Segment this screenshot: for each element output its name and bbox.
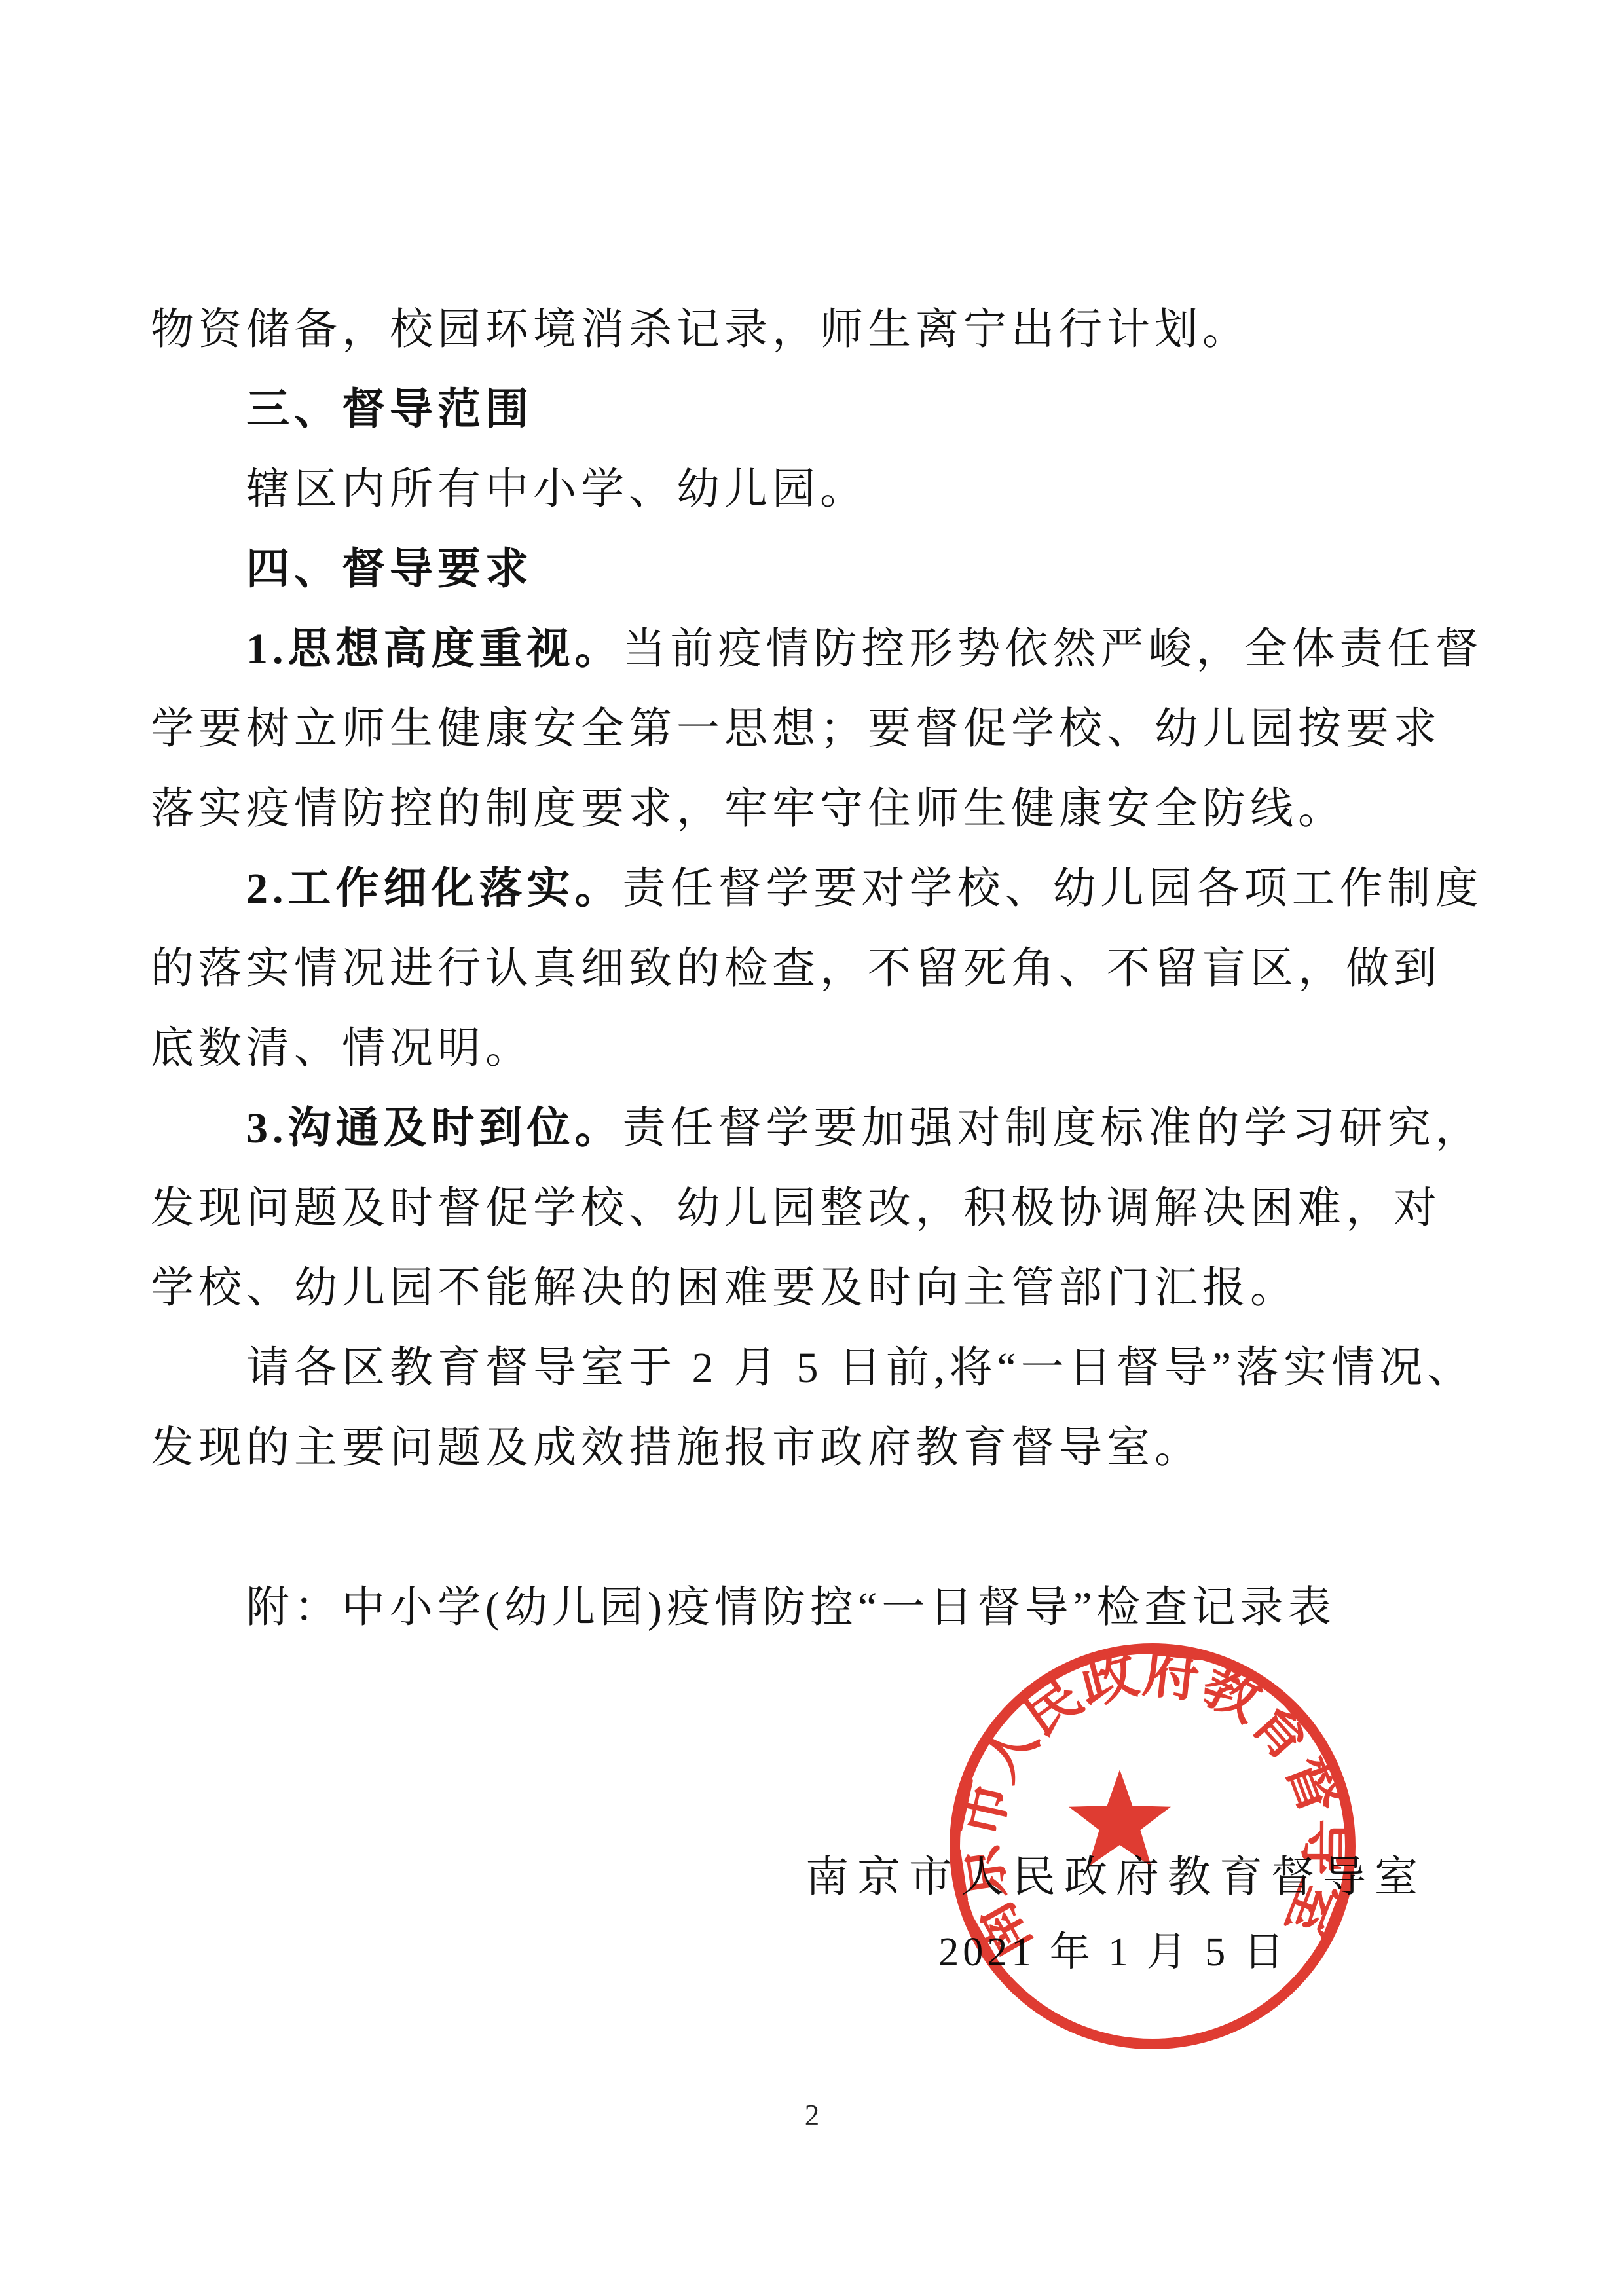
text-line: 底数清、情况明。 bbox=[151, 1009, 1513, 1089]
text-line: 请各区教育督导室于 2 月 5 日前,将“一日督导”落实情况、 bbox=[151, 1328, 1513, 1408]
section-heading: 四、督导要求 bbox=[151, 530, 1513, 610]
text-line: 发现的主要问题及成效措施报市政府教育督导室。 bbox=[151, 1408, 1513, 1488]
line-text: 学要树立师生健康安全第一思想；要督促学校、幼儿园按要求 bbox=[151, 705, 1441, 753]
line-text: 落实疫情防控的制度要求，牢牢守住师生健康安全防线。 bbox=[151, 785, 1346, 833]
section-heading: 三、督导范围 bbox=[151, 370, 1513, 450]
text-line: 1.思想高度重视。当前疫情防控形势依然严峻，全体责任督 bbox=[151, 610, 1513, 689]
page-number: 2 bbox=[0, 2098, 1624, 2132]
line-text: 的落实情况进行认真细致的检查，不留死角、不留盲区，做到 bbox=[151, 945, 1441, 993]
line-text: 当前疫情防控形势依然严峻，全体责任督 bbox=[623, 625, 1483, 673]
text-line: 落实疫情防控的制度要求，牢牢守住师生健康安全防线。 bbox=[151, 769, 1513, 849]
signature-office: 南京市人民政府教育督导室 bbox=[805, 1846, 1421, 1909]
signature-block: 南京市人民政府教育督导室 2021 年 1 月 5 日 bbox=[805, 1846, 1421, 1984]
line-lead: 四、督导要求 bbox=[246, 545, 533, 593]
line-text: 物资储备，校园环境消杀记录，师生离宁出行计划。 bbox=[151, 306, 1250, 354]
line-text: 底数清、情况明。 bbox=[151, 1025, 533, 1072]
line-lead: 2.工作细化落实。 bbox=[246, 865, 623, 913]
line-text: 附：中小学(幼儿园)疫情防控“一日督导”检查记录表 bbox=[246, 1584, 1336, 1631]
line-lead: 1.思想高度重视。 bbox=[246, 625, 623, 673]
line-text: 学校、幼儿园不能解决的困难要及时向主管部门汇报。 bbox=[151, 1264, 1298, 1312]
line-text: 请各区教育督导室于 2 月 5 日前,将“一日督导”落实情况、 bbox=[246, 1344, 1475, 1392]
attachment-line: 附：中小学(幼儿园)疫情防控“一日督导”检查记录表 bbox=[151, 1568, 1513, 1648]
text-line: 的落实情况进行认真细致的检查，不留死角、不留盲区，做到 bbox=[151, 929, 1513, 1009]
blank-line bbox=[151, 1488, 1513, 1568]
document-page: 物资储备，校园环境消杀记录，师生离宁出行计划。 三、督导范围 辖区内所有中小学、… bbox=[0, 0, 1624, 2296]
signature-date: 2021 年 1 月 5 日 bbox=[805, 1921, 1421, 1984]
text-line: 学要树立师生健康安全第一思想；要督促学校、幼儿园按要求 bbox=[151, 689, 1513, 769]
line-text: 发现问题及时督促学校、幼儿园整改，积极协调解决困难，对 bbox=[151, 1184, 1441, 1232]
text-line: 学校、幼儿园不能解决的困难要及时向主管部门汇报。 bbox=[151, 1248, 1513, 1328]
line-text: 辖区内所有中小学、幼儿园。 bbox=[246, 465, 868, 513]
text-line: 2.工作细化落实。责任督学要对学校、幼儿园各项工作制度 bbox=[151, 849, 1513, 929]
text-line: 3.沟通及时到位。责任督学要加强对制度标准的学习研究， bbox=[151, 1089, 1513, 1169]
line-lead: 三、督导范围 bbox=[246, 386, 533, 433]
line-text: 责任督学要对学校、幼儿园各项工作制度 bbox=[623, 865, 1483, 913]
text-line: 发现问题及时督促学校、幼儿园整改，积极协调解决困难，对 bbox=[151, 1169, 1513, 1248]
text-line: 物资储备，校园环境消杀记录，师生离宁出行计划。 bbox=[151, 290, 1513, 370]
text-line: 辖区内所有中小学、幼儿园。 bbox=[151, 450, 1513, 530]
line-lead: 3.沟通及时到位。 bbox=[246, 1104, 623, 1152]
document-body: 物资储备，校园环境消杀记录，师生离宁出行计划。 三、督导范围 辖区内所有中小学、… bbox=[151, 290, 1513, 1648]
line-text: 责任督学要加强对制度标准的学习研究， bbox=[623, 1104, 1483, 1152]
line-text: 发现的主要问题及成效措施报市政府教育督导室。 bbox=[151, 1424, 1202, 1472]
